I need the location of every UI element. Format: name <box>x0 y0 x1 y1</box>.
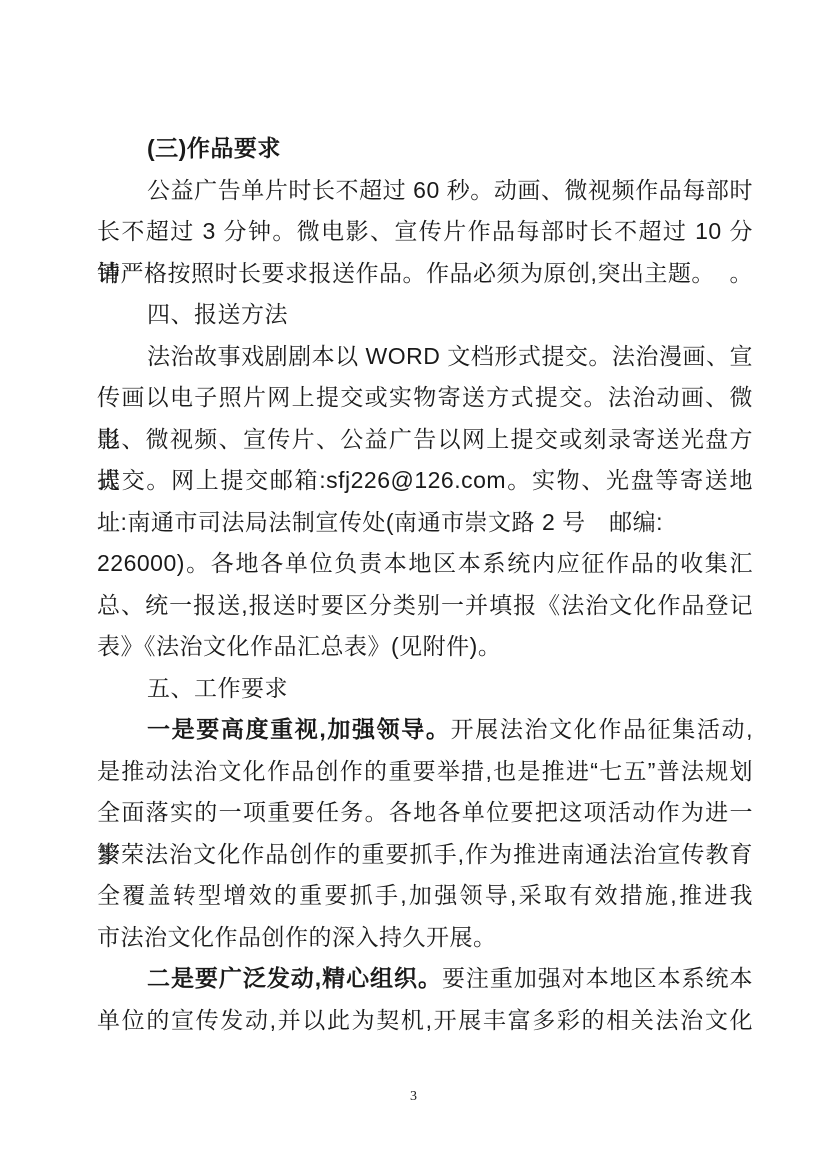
text-line: 法治故事戏剧剧本以 WORD 文档形式提交。法治漫画、宣 <box>97 336 753 378</box>
text-line: 单位的宣传发动,并以此为契机,开展丰富多彩的相关法治文化 <box>97 1000 753 1042</box>
text-run: 全覆盖转型增效的重要抓手,加强领导,采取有效措施,推进我 <box>97 882 753 908</box>
text-line: 提交。网上提交邮箱:sfj226@126.com。实物、光盘等寄送地 <box>97 460 753 502</box>
text-line: 五、工作要求 <box>97 668 753 710</box>
text-line: 全面落实的一项重要任务。各地各单位要把这项活动作为进一步 <box>97 792 753 834</box>
text-run: 请严格按照时长要求报送作品。作品必须为原创,突出主题。 <box>97 260 715 286</box>
document-page: (三)作品要求公益广告单片时长不超过 60 秒。动画、微视频作品每部时长不超过 … <box>0 0 827 1169</box>
text-line: 请严格按照时长要求报送作品。作品必须为原创,突出主题。 <box>97 253 753 295</box>
text-line: 是推动法治文化作品创作的重要举措,也是推进“七五”普法规划 <box>97 751 753 793</box>
text-run: 市法治文化作品创作的深入持久开展。 <box>97 924 497 950</box>
text-line: 公益广告单片时长不超过 60 秒。动画、微视频作品每部时 <box>97 170 753 212</box>
text-run: 公益广告单片时长不超过 60 秒。动画、微视频作品每部时 <box>147 177 753 203</box>
heading-works-requirements: (三)作品要求 <box>97 128 753 170</box>
text-run: 法治故事戏剧剧本以 WORD 文档形式提交。法治漫画、宣 <box>147 343 753 369</box>
text-line: 长不超过 3 分钟。微电影、宣传片作品每部时长不超过 10 分钟。 <box>97 211 753 253</box>
text-run: 五、工作要求 <box>147 675 288 701</box>
text-run: 226000)。各地各单位负责本地区本系统内应征作品的收集汇 <box>97 550 753 576</box>
text-line: 一是要高度重视,加强领导。开展法治文化作品征集活动, <box>97 709 753 751</box>
text-line: (三)作品要求 <box>97 128 753 170</box>
text-line: 总、统一报送,报送时要区分类别一并填报《法治文化作品登记 <box>97 585 753 627</box>
text-run: 总、统一报送,报送时要区分类别一并填报《法治文化作品登记 <box>97 592 753 618</box>
text-run: 繁荣法治文化作品创作的重要抓手,作为推进南通法治宣传教育 <box>97 841 753 867</box>
bold-run: 一是要高度重视,加强领导。 <box>147 716 451 742</box>
para-first-point: 一是要高度重视,加强领导。开展法治文化作品征集活动,是推动法治文化作品创作的重要… <box>97 709 753 958</box>
text-line: 226000)。各地各单位负责本地区本系统内应征作品的收集汇 <box>97 543 753 585</box>
page-number: 3 <box>0 1089 827 1105</box>
text-run: 址:南通市司法局法制宣传处(南通市崇文路 2 号 邮编: <box>97 509 663 535</box>
para-submission-method: 法治故事戏剧剧本以 WORD 文档形式提交。法治漫画、宣传画以电子照片网上提交或… <box>97 336 753 668</box>
text-line: 传画以电子照片网上提交或实物寄送方式提交。法治动画、微电 <box>97 377 753 419</box>
heading-submission-method: 四、报送方法 <box>97 294 753 336</box>
document-content: (三)作品要求公益广告单片时长不超过 60 秒。动画、微视频作品每部时长不超过 … <box>97 128 753 1041</box>
bold-run: (三)作品要求 <box>147 135 281 161</box>
text-run: 表》《法治文化作品汇总表》(见附件)。 <box>97 633 501 659</box>
text-run: 要注重加强对本地区本系统本 <box>442 965 753 991</box>
text-line: 表》《法治文化作品汇总表》(见附件)。 <box>97 626 753 668</box>
text-line: 市法治文化作品创作的深入持久开展。 <box>97 917 753 959</box>
text-line: 影、微视频、宣传片、公益广告以网上提交或刻录寄送光盘方式 <box>97 419 753 461</box>
text-run: 单位的宣传发动,并以此为契机,开展丰富多彩的相关法治文化 <box>97 1007 753 1033</box>
text-line: 全覆盖转型增效的重要抓手,加强领导,采取有效措施,推进我 <box>97 875 753 917</box>
text-line: 二是要广泛发动,精心组织。要注重加强对本地区本系统本 <box>97 958 753 1000</box>
text-run: 提交。网上提交邮箱:sfj226@126.com。实物、光盘等寄送地 <box>97 467 753 493</box>
heading-work-requirements: 五、工作要求 <box>97 668 753 710</box>
text-line: 址:南通市司法局法制宣传处(南通市崇文路 2 号 邮编: <box>97 502 753 544</box>
text-line: 繁荣法治文化作品创作的重要抓手,作为推进南通法治宣传教育 <box>97 834 753 876</box>
bold-run: 二是要广泛发动,精心组织。 <box>147 965 442 991</box>
text-run: 四、报送方法 <box>147 301 288 327</box>
para-second-point: 二是要广泛发动,精心组织。要注重加强对本地区本系统本单位的宣传发动,并以此为契机… <box>97 958 753 1041</box>
text-line: 四、报送方法 <box>97 294 753 336</box>
text-run: 是推动法治文化作品创作的重要举措,也是推进“七五”普法规划 <box>97 758 753 784</box>
para-works-requirements: 公益广告单片时长不超过 60 秒。动画、微视频作品每部时长不超过 3 分钟。微电… <box>97 170 753 295</box>
text-run: 开展法治文化作品征集活动, <box>451 716 753 742</box>
